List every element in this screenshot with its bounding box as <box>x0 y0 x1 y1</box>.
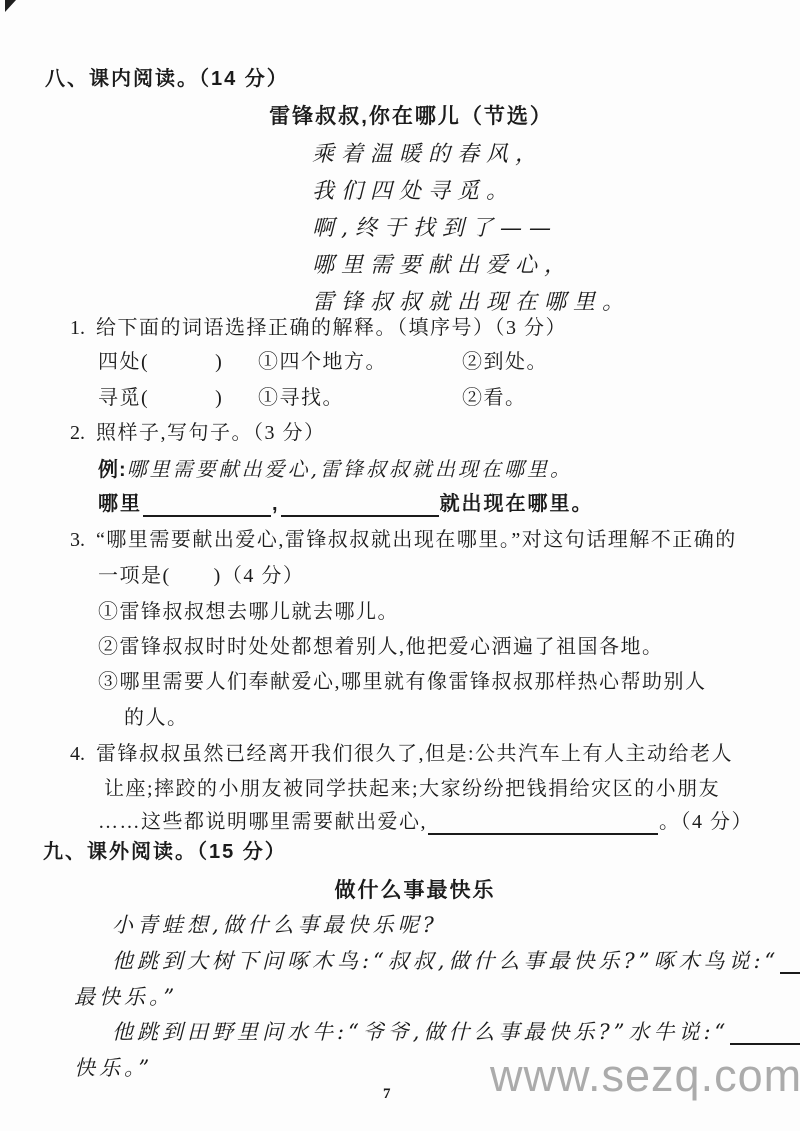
q2-fill-line: 哪里,就出现在哪里。 <box>98 492 594 517</box>
q4-fill-post: 。（4 分） <box>659 811 753 833</box>
section-9-heading: 九、课外阅读。（15 分） <box>43 840 287 865</box>
question-4-line1: 4.雷锋叔叔虽然已经离开我们很久了,但是:公共汽车上有人主动给老人 <box>70 742 733 767</box>
poem-line: 雷锋叔叔就出现在哪里。 <box>312 289 631 317</box>
question-4-line2: 让座;摔跤的小朋友被同学扶起来;大家纷纷把钱捐给灾区的小朋友 <box>104 777 720 802</box>
q2-example-line: 例:哪里需要献出爱心,雷锋叔叔就出现在哪里。 <box>98 457 573 483</box>
question-4-number: 4. <box>70 742 85 767</box>
q1-term-xunmi: 寻觅( <box>98 387 149 409</box>
story-paragraph-3-line1: 他跳到田野里问水牛:“爷爷,做什么事最快乐?”水牛说:“最 <box>112 1019 800 1045</box>
q3-option-1: ①雷锋叔叔想去哪儿就去哪儿。 <box>98 600 399 625</box>
question-3-text: “哪里需要献出爱心,雷锋叔叔就出现在哪里。”对这句话理解不正确的 <box>96 529 737 551</box>
story-paragraph-2-line2: 最快乐。” <box>74 984 178 1010</box>
story-paragraph-1: 小青蛙想,做什么事最快乐呢? <box>112 912 438 938</box>
story-paragraph-2-line1: 他跳到大树下问啄木鸟:“叔叔,做什么事最快乐?”啄木鸟说:“ <box>112 948 800 974</box>
blank-line <box>780 951 800 974</box>
poem-line: 我们四处寻觅。 <box>312 178 515 206</box>
q1-term-xunmi-close: ) <box>215 387 223 409</box>
q2-example-text: 哪里需要献出爱心,雷锋叔叔就出现在哪里。 <box>127 457 573 481</box>
question-3-number: 3. <box>70 528 85 553</box>
question-2-number: 2. <box>70 421 85 446</box>
q1-row1-option2: ②到处。 <box>462 350 548 375</box>
question-4-text: 雷锋叔叔虽然已经离开我们很久了,但是:公共汽车上有人主动给老人 <box>96 743 733 765</box>
q2-fill-comma: , <box>272 493 280 515</box>
blank-line <box>281 495 439 517</box>
blank-line <box>730 1022 800 1045</box>
question-2-prompt-line: 2.照样子,写句子。（3 分） <box>70 421 326 446</box>
poem-title: 雷锋叔叔,你在哪儿（节选） <box>11 104 800 130</box>
q1-row2-option1: ①寻找。 <box>258 386 344 411</box>
q1-term-sichu-close: ) <box>215 351 223 373</box>
poem-line: 啊,终于找到了—— <box>312 215 558 243</box>
question-3-line2: 一项是( )（4 分） <box>98 564 304 589</box>
q2-example-label: 例: <box>98 459 127 481</box>
blank-line <box>428 813 658 835</box>
q2-fill-post: 就出现在哪里。 <box>440 493 594 515</box>
section-8-heading: 八、课内阅读。（14 分） <box>45 67 289 92</box>
question-1-number: 1. <box>70 316 85 341</box>
story-title: 做什么事最快乐 <box>15 878 800 904</box>
q1-term-sichu: 四处( <box>98 351 149 373</box>
q3-option-3: ③哪里需要人们奉献爱心,哪里就有像雷锋叔叔那样热心帮助别人 <box>98 670 707 695</box>
question-2-prompt: 照样子,写句子。（3 分） <box>96 422 326 444</box>
watermark: www.sezq.com <box>490 1050 800 1102</box>
scan-corner-mark <box>5 0 16 12</box>
q1-row1-option1: ①四个地方。 <box>258 350 387 375</box>
story-p2-text: 他跳到大树下问啄木鸟:“叔叔,做什么事最快乐?”啄木鸟说:“ <box>112 949 779 973</box>
page-number: 7 <box>383 1086 391 1103</box>
question-4-line3: ……这些都说明哪里需要献出爱心,。（4 分） <box>98 810 753 835</box>
question-3-line1: 3.“哪里需要献出爱心,雷锋叔叔就出现在哪里。”对这句话理解不正确的 <box>70 528 737 553</box>
q3-option-3-continuation: 的人。 <box>124 706 189 731</box>
question-1-prompt-line: 1.给下面的词语选择正确的解释。（填序号）（3 分） <box>70 316 567 341</box>
q3-option-2: ②雷锋叔叔时时处处都想着别人,他把爱心洒遍了祖国各地。 <box>98 635 664 660</box>
q1-row2-option2: ②看。 <box>462 386 527 411</box>
q2-fill-pre: 哪里 <box>98 493 142 515</box>
poem-line: 乘着温暖的春风， <box>312 141 544 169</box>
q1-row-term: 寻觅() <box>98 386 223 411</box>
q1-row-term: 四处() <box>98 350 223 375</box>
blank-line <box>143 495 271 517</box>
story-paragraph-3-line2: 快乐。” <box>74 1055 153 1081</box>
q4-fill-pre: ……这些都说明哪里需要献出爱心, <box>98 811 427 833</box>
question-1-prompt: 给下面的词语选择正确的解释。（填序号）（3 分） <box>96 317 567 339</box>
story-p3-text: 他跳到田野里问水牛:“爷爷,做什么事最快乐?”水牛说:“ <box>112 1020 729 1044</box>
poem-line: 哪里需要献出爱心， <box>312 252 573 280</box>
test-paper-page: 八、课内阅读。（14 分） 雷锋叔叔,你在哪儿（节选） 乘着温暖的春风， 我们四… <box>0 0 800 1131</box>
